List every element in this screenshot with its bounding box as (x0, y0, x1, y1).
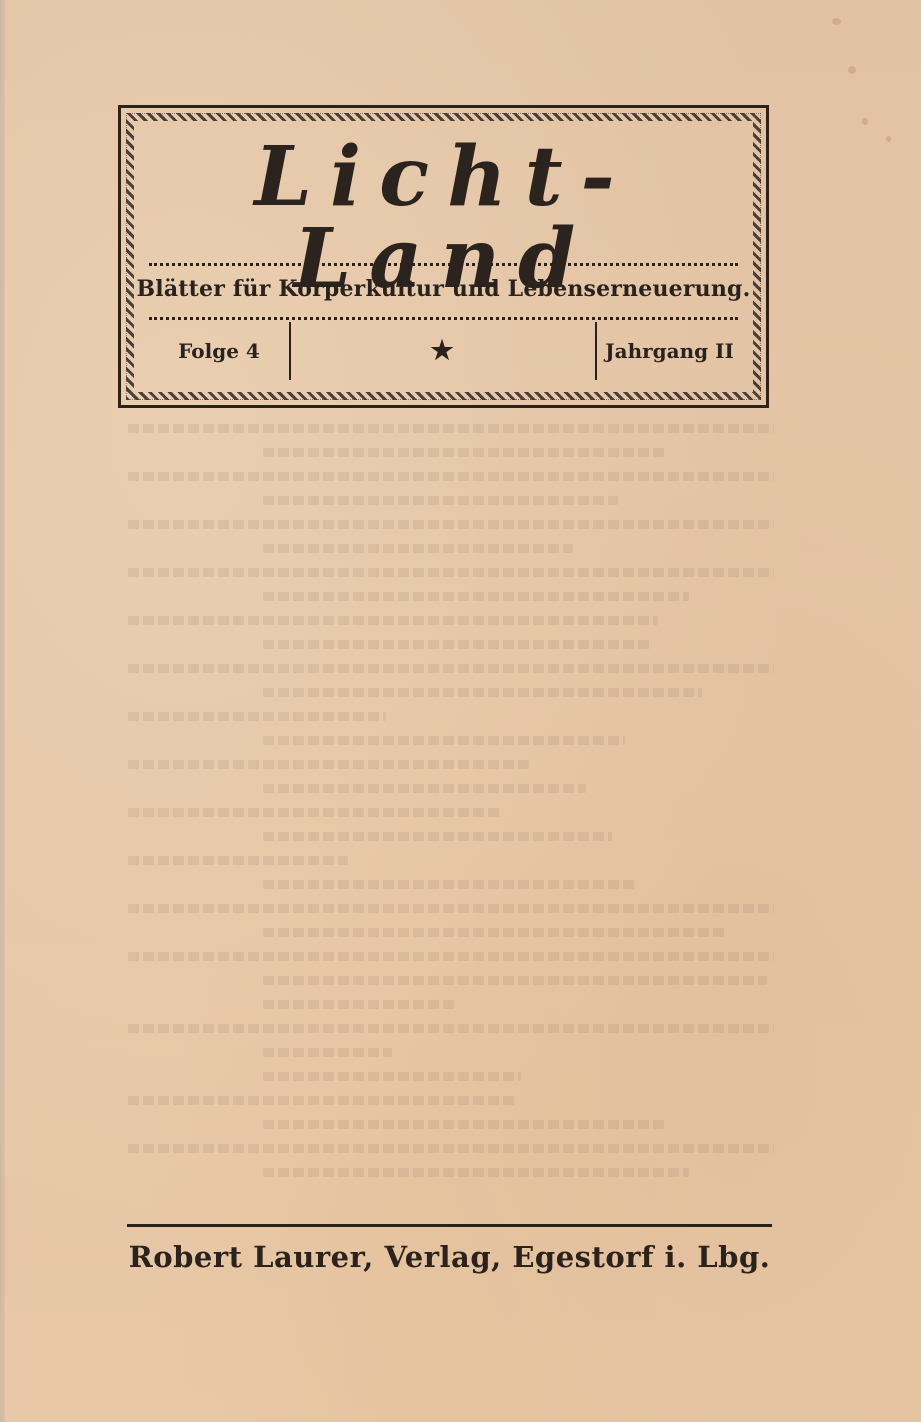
issue-info-row: Folge 4 ★ Jahrgang II (149, 320, 738, 382)
paper-stain (848, 66, 856, 74)
star-icon: ★ (289, 320, 595, 382)
volume-number: Jahrgang II (595, 320, 744, 382)
page-left-edge (0, 0, 5, 1422)
journal-subtitle: Blätter für Körperkultur und Lebenserneu… (121, 276, 766, 302)
paper-stain (886, 136, 891, 142)
masthead-box: Licht-Land Blätter für Körperkultur und … (118, 105, 769, 408)
reverse-side-show-through (128, 424, 774, 1192)
issue-number: Folge 4 (149, 320, 289, 382)
paper-stain (832, 18, 841, 25)
paper-stain (862, 118, 868, 125)
publisher-imprint: Robert Laurer, Verlag, Egestorf i. Lbg. (127, 1240, 772, 1274)
dotted-divider (149, 263, 738, 266)
footer-rule (127, 1224, 772, 1227)
